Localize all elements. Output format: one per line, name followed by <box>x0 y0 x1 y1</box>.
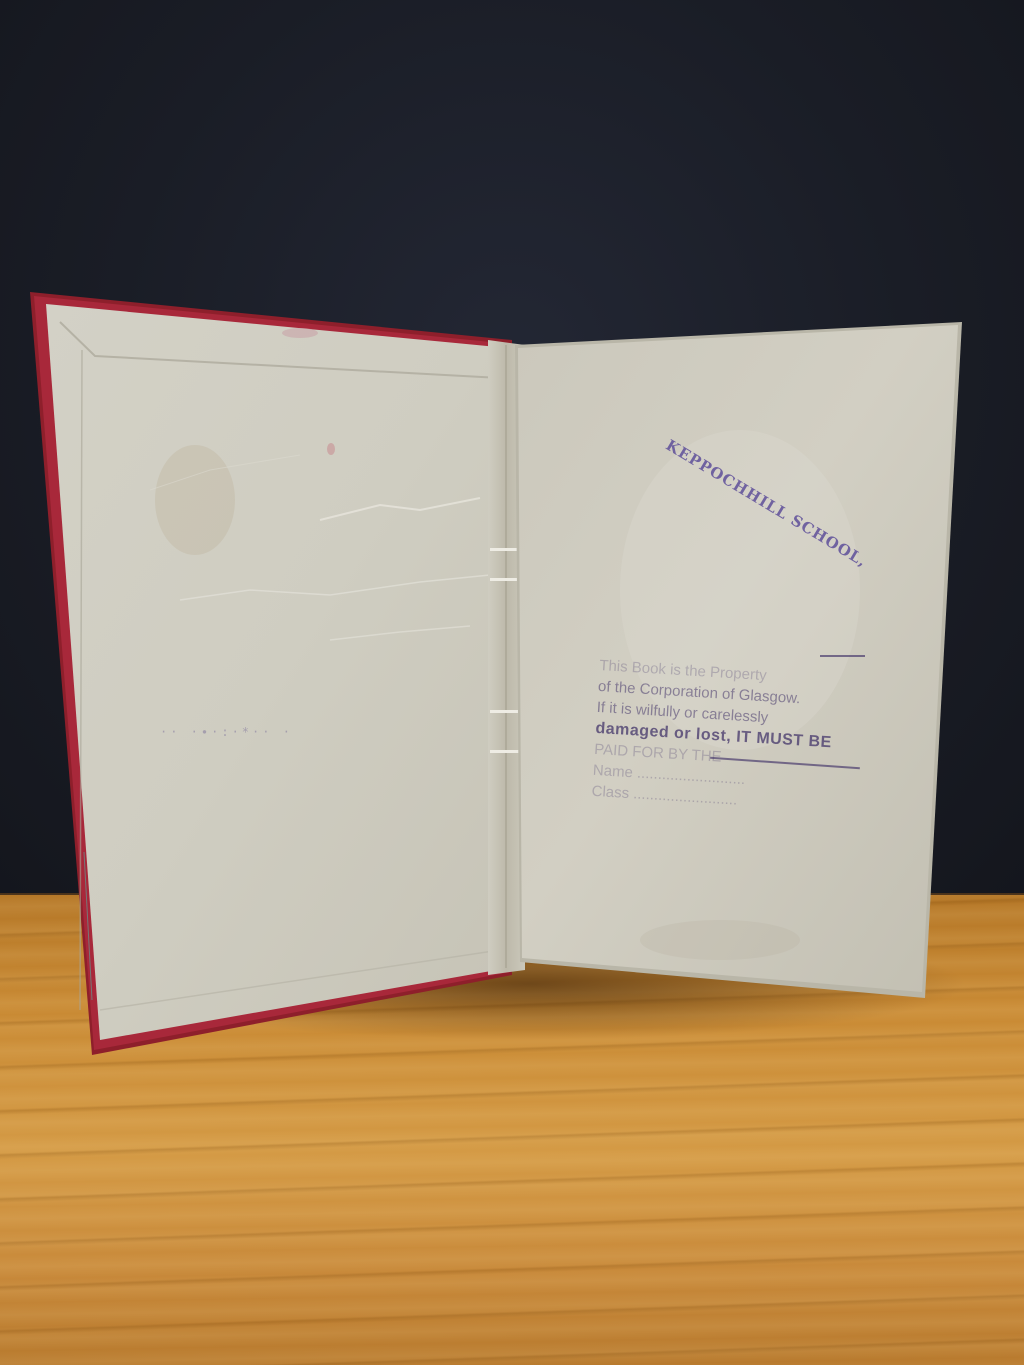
faint-left-stamp: ·· ·∙·:·*·· · <box>160 725 310 765</box>
property-notice-stamp: This Book is the Property of the Corpora… <box>591 655 899 820</box>
right-flyleaf-page <box>515 322 962 998</box>
stamp-rule-top <box>820 655 865 657</box>
left-pastedown-page <box>46 304 508 1040</box>
